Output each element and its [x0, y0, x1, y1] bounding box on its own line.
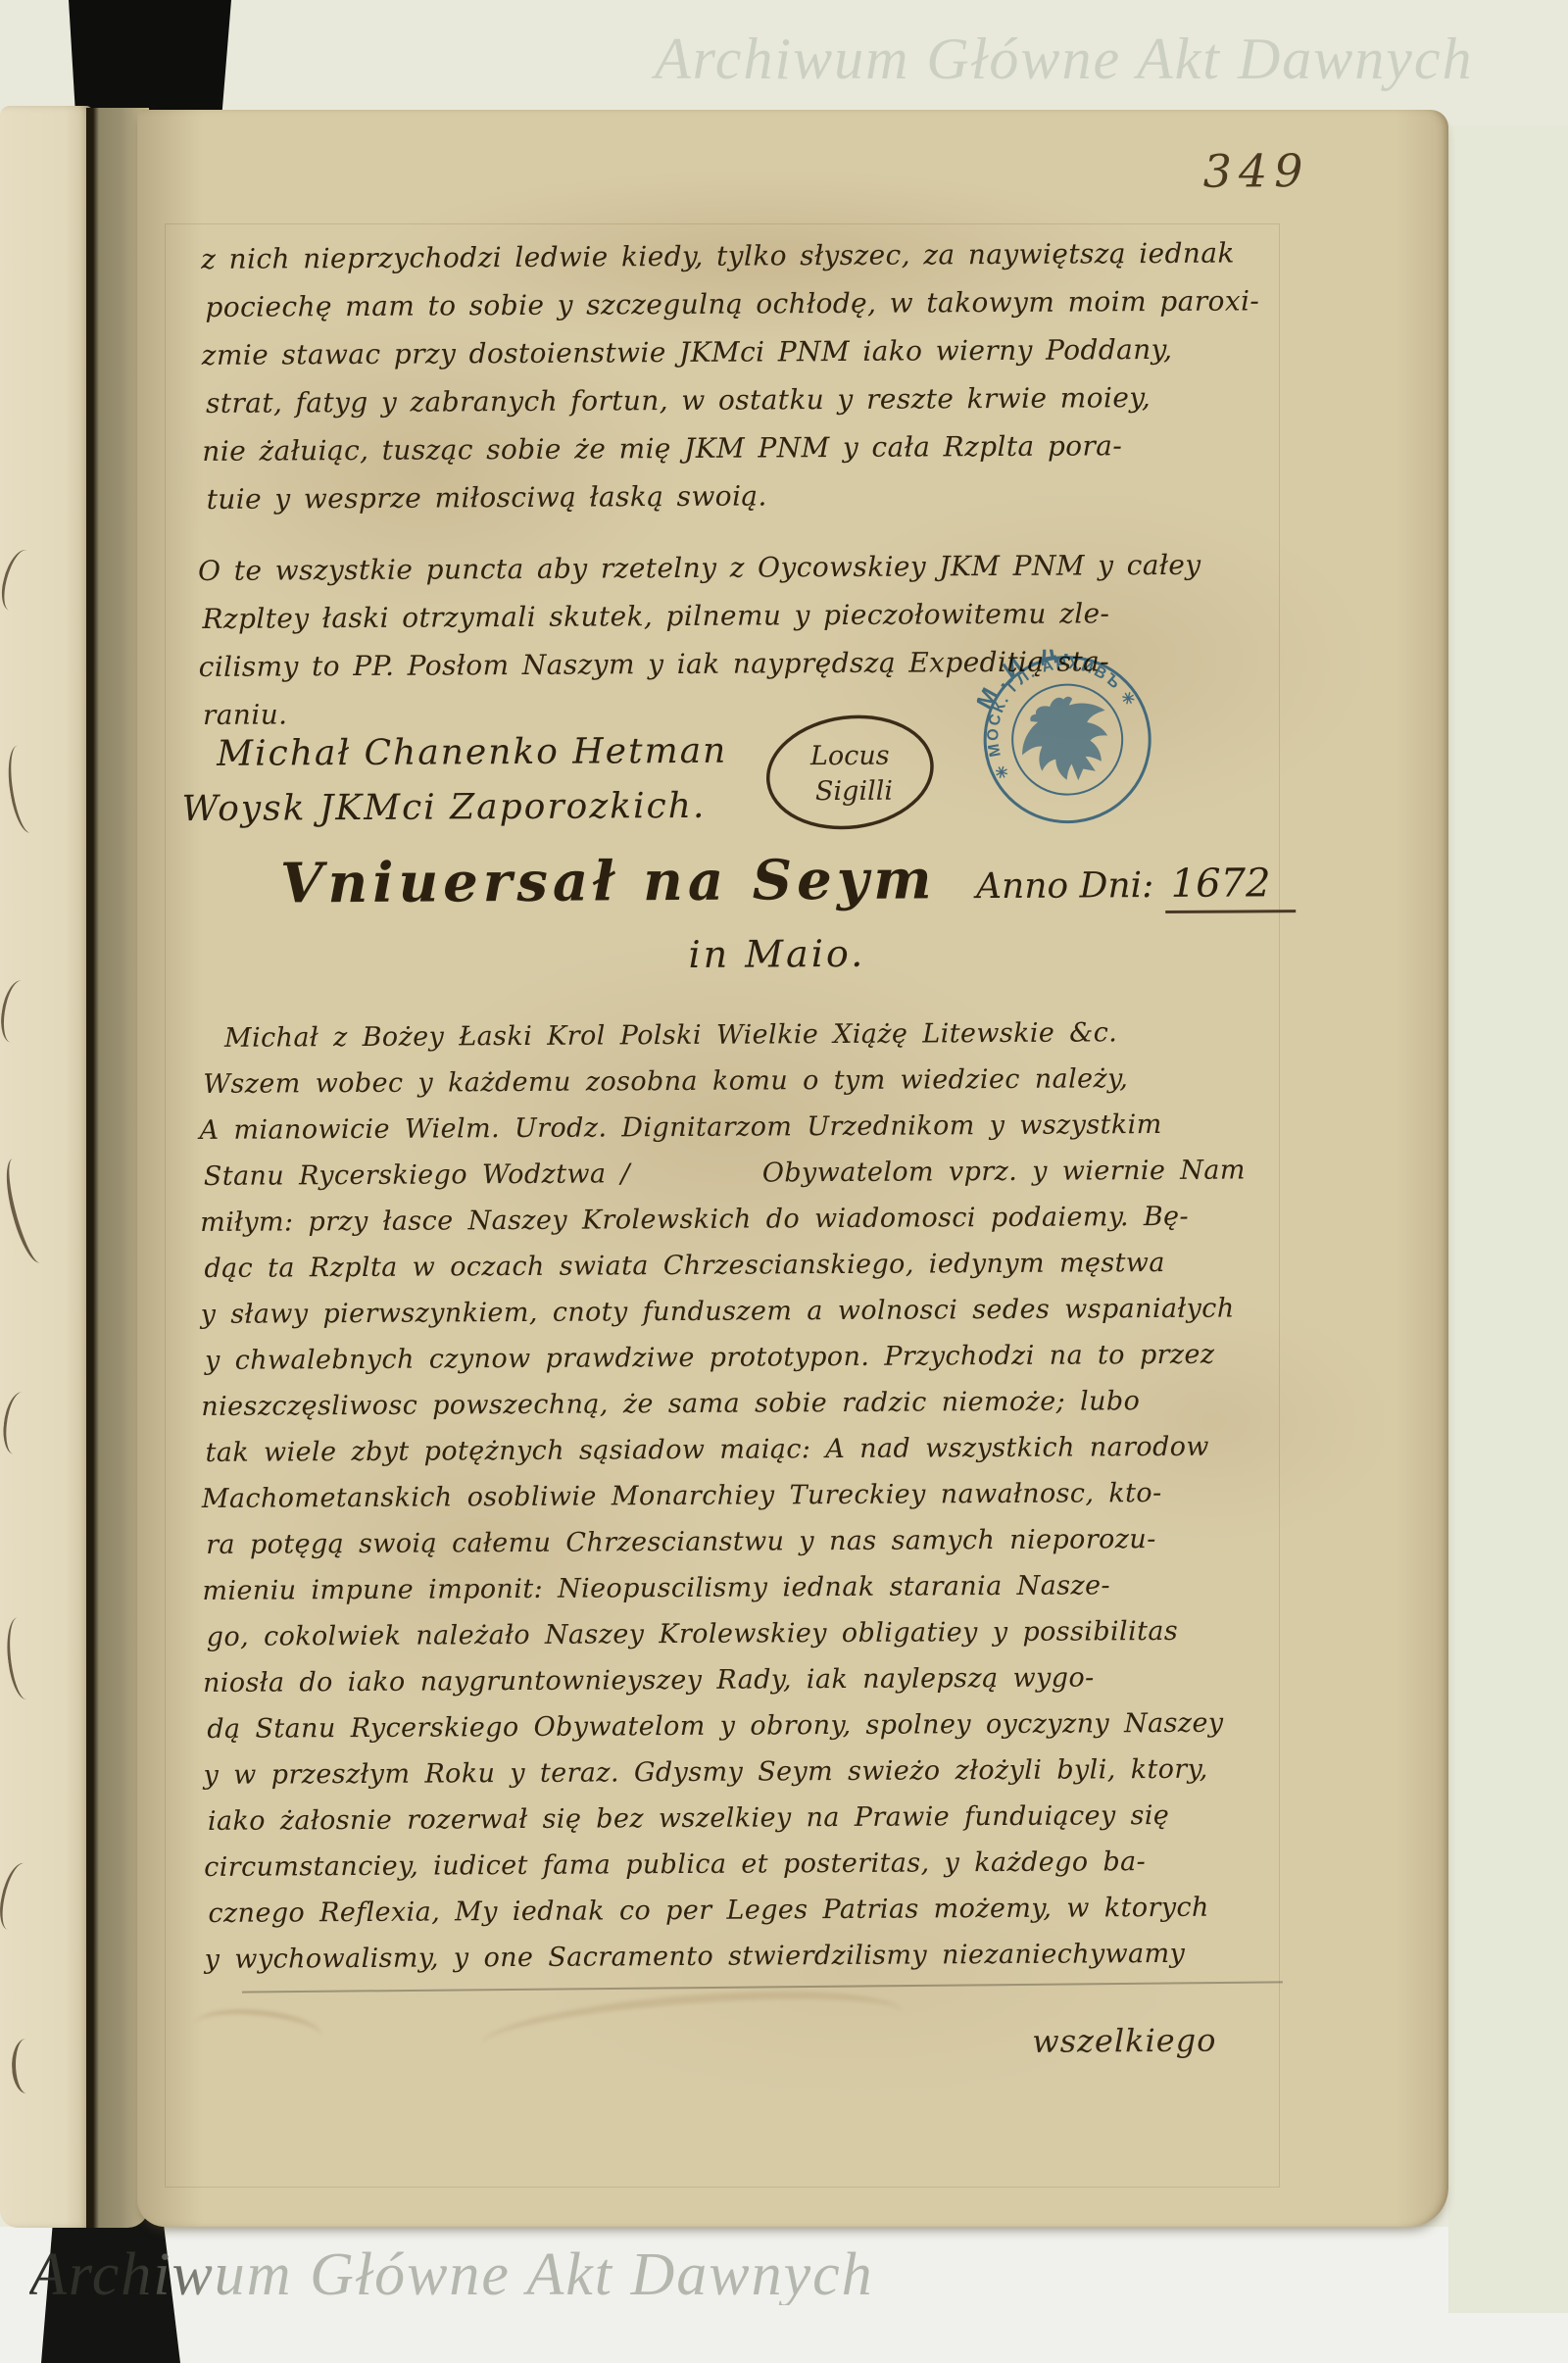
- manuscript-line: mieniu impune imponit: Nieopuscilismy ie…: [202, 1561, 1248, 1614]
- locus-sigilli-oval: Locus Sigilli: [758, 707, 943, 843]
- manuscript-line: y w przeszłym Roku y teraz. Gdysmy Seym …: [203, 1746, 1249, 1798]
- signature-title: Woysk JKMci Zaporozkich.: [181, 789, 706, 827]
- manuscript-line: go, cokolwiek należało Naszey Krolewskie…: [207, 1607, 1249, 1659]
- manuscript-line: y chwalebnych czynow prawdziwe prototypo…: [205, 1331, 1247, 1383]
- manuscript-line: pociechę mam to sobie y szczegulną ochło…: [205, 276, 1259, 331]
- body-paragraph: Michał z Bożey Łaski Krol Polski Wielkie…: [199, 1009, 1250, 1982]
- signature-name: Michał Chanenko Hetman: [217, 734, 727, 772]
- manuscript-line: iako żałosnie rozerwał się bez wszelkiey…: [208, 1792, 1249, 1844]
- document-heading: Vniuersał na Seym: [280, 852, 937, 911]
- double-headed-eagle-icon: [1006, 680, 1129, 798]
- manuscript-line: Stanu Rycerskiego Wodztwa / Obywatelom v…: [204, 1147, 1246, 1199]
- archive-stamp: ✳ МОСК. ГЛ. АРХИВЪ ✳ М.И.Д.: [977, 649, 1158, 830]
- ink-offset-ghost: [194, 2004, 324, 2056]
- manuscript-line: y sławy pierwszynkiem, cnoty funduszem a…: [201, 1285, 1247, 1338]
- heading-year: 1672: [1165, 861, 1297, 913]
- page-number: 349: [1202, 148, 1309, 194]
- manuscript-line: ra potęgą swoią całemu Chrzescianstwu y …: [206, 1515, 1248, 1567]
- manuscript-line: tak wiele zbyt potężnych sąsiadow maiąc:…: [205, 1423, 1247, 1475]
- seal-note-line1: Locus: [809, 741, 890, 771]
- manuscript-line: Michał z Bożey Łaski Krol Polski Wielkie…: [224, 1009, 1245, 1060]
- manuscript-line: niosła do iako naygruntownieyszey Rady, …: [203, 1653, 1249, 1706]
- manuscript-line: zmie stawac przy dostoienstwie JKMci PNM…: [202, 324, 1260, 379]
- ink-offset-ghost: [479, 1981, 905, 2077]
- manuscript-line: y wychowalismy, y one Sacramento stwierd…: [205, 1930, 1250, 1983]
- manuscript-line: Machometanskich osobliwie Monarchiey Tur…: [202, 1469, 1248, 1522]
- archive-watermark-top: Archiwum Główne Akt Dawnych: [655, 29, 1474, 88]
- manuscript-line: nie żałuiąc, tusząc sobie że mię JKM PNM…: [202, 420, 1260, 475]
- manuscript-line: A mianowicie Wielm. Urodz. Dignitarzom U…: [199, 1101, 1245, 1154]
- pencil-rule: [242, 1981, 1283, 1993]
- manuscript-line: dą Stanu Rycerskiego Obywatelom y obrony…: [207, 1699, 1249, 1751]
- manuscript-line: z nich nieprzychodzi ledwie kiedy, tylko…: [201, 228, 1259, 283]
- seal-note-line2: Sigilli: [815, 776, 893, 807]
- manuscript-line: dąc ta Rzplta w oczach swiata Chrzescian…: [204, 1239, 1246, 1291]
- paragraph-1: z nich nieprzychodzi ledwie kiedy, tylko…: [201, 228, 1261, 523]
- manuscript-line: miłym: przy łasce Naszey Krolewskich do …: [200, 1193, 1246, 1246]
- archive-watermark-bottom: Archiwum Główne Akt Dawnych: [29, 2244, 874, 2305]
- manuscript-line: nieszczęsliwosc powszechną, że sama sobi…: [201, 1377, 1247, 1430]
- manuscript-line: circumstanciey, iudicet fama publica et …: [204, 1838, 1249, 1891]
- manuscript-line: cznego Reflexia, My iednak co per Leges …: [208, 1884, 1249, 1936]
- manuscript-line: Wszem wobec y każdemu zosobna komu o tym…: [203, 1055, 1245, 1107]
- handwriting-layer: 349 z nich nieprzychodzi ledwie kiedy, t…: [0, 0, 1568, 2363]
- heading-date-prefix: Anno Dni:: [976, 865, 1153, 907]
- catchword: wszelkiego: [1032, 2025, 1216, 2057]
- heading-date: Anno Dni: 1672: [976, 863, 1297, 905]
- manuscript-line: Rzpltey łaski otrzymali skutek, pilnemu …: [202, 589, 1201, 643]
- manuscript-line: O te wszystkie puncta aby rzetelny z Oyc…: [198, 541, 1201, 595]
- manuscript-line: strat, fatyg y zabranych fortun, w ostat…: [206, 372, 1260, 427]
- manuscript-line: tuie y wesprze miłosciwą łaską swoią.: [206, 468, 1260, 523]
- archive-scan-page: { "watermark": { "text": "Archiwum Główn…: [0, 0, 1568, 2363]
- heading-subtitle: in Maio.: [688, 935, 865, 973]
